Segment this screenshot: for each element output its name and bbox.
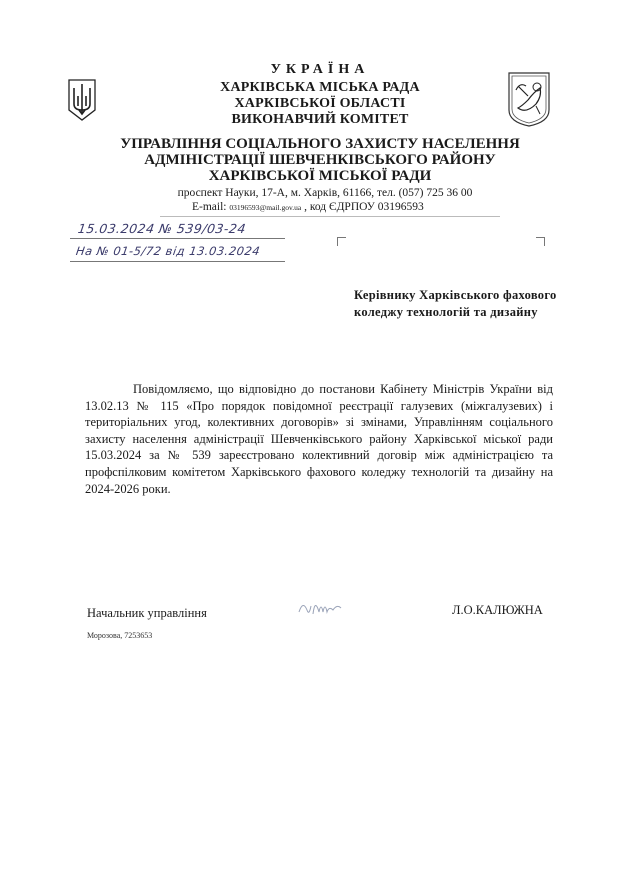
address-corner-left bbox=[337, 237, 346, 246]
address-corner-right bbox=[536, 237, 545, 246]
outgoing-reg-line bbox=[70, 238, 285, 239]
letter-body: Повідомляємо, що відповідно до постанови… bbox=[85, 381, 553, 497]
country-name: УКРАЇНА bbox=[200, 62, 440, 78]
department-line-3: ХАРКІВСЬКОЇ МІСЬКОЇ РАДИ bbox=[90, 168, 550, 185]
addressee-line-1: Керівнику Харківського фахового bbox=[354, 287, 557, 304]
executor-contact: Морозова, 7253653 bbox=[87, 631, 152, 640]
council-name: ХАРКІВСЬКА МІСЬКА РАДА bbox=[160, 80, 480, 96]
outgoing-reg-number: 15.03.2024 № 539/03-24 bbox=[77, 221, 247, 236]
addressee-line-2: коледжу технологій та дизайну bbox=[354, 304, 538, 321]
department-line-1: УПРАВЛІННЯ СОЦІАЛЬНОГО ЗАХИСТУ НАСЕЛЕННЯ bbox=[90, 136, 550, 153]
committee-name: ВИКОНАВЧИЙ КОМІТЕТ bbox=[160, 112, 480, 128]
email-label: E-mail: bbox=[192, 201, 227, 213]
body-paragraph: Повідомляємо, що відповідно до постанови… bbox=[85, 381, 553, 497]
handwritten-signature bbox=[295, 592, 355, 620]
department-line-2: АДМІНІСТРАЦІЇ ШЕВЧЕНКІВСЬКОГО РАЙОНУ bbox=[90, 152, 550, 169]
email-link[interactable]: 03196593@mail.gov.ua bbox=[229, 203, 301, 212]
region-name: ХАРКІВСЬКОЇ ОБЛАСТІ bbox=[160, 96, 480, 112]
address: проспект Науки, 17-А, м. Харків, 61166, … bbox=[150, 186, 500, 200]
kharkiv-coat-of-arms-icon bbox=[506, 70, 552, 128]
header-divider bbox=[160, 216, 500, 217]
incoming-reg-number: На № 01-5/72 від 13.03.2024 bbox=[75, 244, 261, 258]
edrpou-code: , код ЄДРПОУ 03196593 bbox=[304, 201, 424, 213]
incoming-reg-line bbox=[70, 261, 285, 262]
signatory-title: Начальник управління bbox=[87, 606, 207, 621]
contact-line: E-mail: 03196593@mail.gov.ua , код ЄДРПО… bbox=[192, 200, 424, 215]
signatory-name: Л.О.КАЛЮЖНА bbox=[452, 603, 543, 618]
trident-coat-of-arms-icon bbox=[67, 78, 97, 122]
